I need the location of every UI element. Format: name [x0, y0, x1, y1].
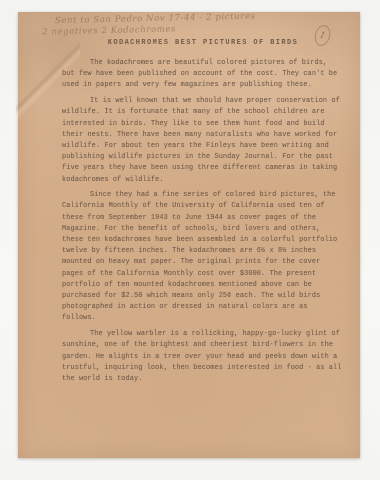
document-body: The kodachromes are beautiful colored pi…	[62, 58, 344, 390]
document-title: KODACHROMES BEST PICTURES OF BIRDS	[62, 39, 344, 47]
paragraph-4: The yellow warbler is a rollicking, happ…	[62, 329, 344, 385]
document-page: Sent to San Pedro Nov 17-44 - 2 pictures…	[18, 12, 360, 458]
paragraph-2: It is well known that we should have pro…	[62, 96, 344, 186]
handwritten-note: Sent to San Pedro Nov 17-44 - 2 pictures…	[42, 12, 256, 38]
scan-background: Sent to San Pedro Nov 17-44 - 2 pictures…	[0, 0, 380, 480]
paragraph-1: The kodachromes are beautiful colored pi…	[62, 58, 344, 92]
paragraph-3: Since they had a fine series of colored …	[62, 190, 344, 324]
